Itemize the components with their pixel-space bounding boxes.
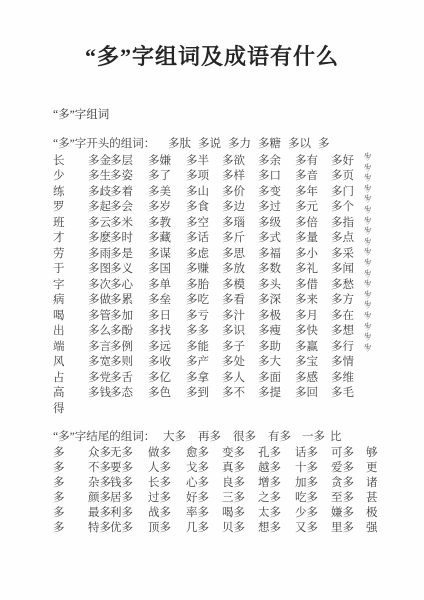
word-token: 过多	[148, 492, 171, 505]
word-token: 多深	[258, 294, 281, 307]
word-token: 多酚	[110, 325, 133, 338]
word-token: 多处	[222, 356, 245, 369]
line-lead-char: 多	[53, 522, 65, 535]
line-lead-char: 长	[53, 155, 65, 168]
word-token: 多例	[110, 341, 133, 354]
word-token: 多次	[88, 279, 111, 292]
word-token: 多宝	[295, 356, 318, 369]
word-token: 多虑	[186, 248, 209, 261]
word-token: 多能	[186, 341, 209, 354]
word-token: 贪多	[331, 477, 354, 490]
word-token: 多想	[331, 325, 354, 338]
word-token: 多毛	[331, 387, 354, 400]
word-token: 多样	[222, 170, 245, 183]
word-token: 多以	[288, 138, 311, 151]
word-token: 多量	[295, 232, 318, 245]
line-tail-char: 强	[366, 522, 378, 535]
word-token: 增多	[258, 477, 281, 490]
line-lead-char: 端	[53, 341, 65, 354]
word-token: 多起	[88, 201, 111, 214]
word-token: 再多	[198, 431, 221, 444]
word-token: 多色	[148, 387, 171, 400]
word-token: 多放	[222, 263, 245, 276]
word-token: 想多	[258, 522, 281, 535]
line-lead-char: 劳	[53, 248, 65, 261]
word-token: 多宽	[88, 356, 111, 369]
word-token: 多礼	[295, 263, 318, 276]
word-token: 多云	[88, 217, 111, 230]
word-token: 很多	[233, 431, 256, 444]
word-token: 多钱	[88, 387, 111, 400]
word-token: 利多	[110, 507, 133, 520]
word-token: 一多	[302, 431, 325, 444]
line-lead-char: 占	[53, 372, 65, 385]
word-token: 优多	[110, 522, 133, 535]
word-token: 多变	[258, 186, 281, 199]
word-token: 多年	[295, 186, 318, 199]
word-token: 多教	[148, 217, 171, 230]
word-token: 多到	[186, 387, 209, 400]
word-token: 多日	[148, 310, 171, 323]
word-token: 多赚	[186, 263, 209, 276]
word-token: 多吃	[186, 294, 209, 307]
word-token: 吃多	[295, 492, 318, 505]
word-token: 多舌	[110, 372, 133, 385]
word-token: 多行	[331, 341, 354, 354]
word-token: 少多	[295, 507, 318, 520]
word-token: 多麽	[88, 232, 111, 245]
word-token: 率多	[186, 507, 209, 520]
word-token: 之多	[258, 492, 281, 505]
word-token: 多维	[331, 372, 354, 385]
word-token: 愈多	[186, 447, 209, 460]
line-tail-char: 够	[366, 447, 378, 460]
word-token: 多边	[222, 201, 245, 214]
word-token: 多金	[88, 155, 111, 168]
word-token: 顶多	[148, 522, 171, 535]
word-token: 多快	[295, 325, 318, 338]
word-token: 多歧	[88, 186, 111, 199]
word-token: 做多	[148, 447, 171, 460]
word-token: 几多	[186, 522, 209, 535]
line-lead-char: 得	[53, 403, 65, 416]
word-token: 最多	[88, 507, 111, 520]
word-token: 多在	[331, 310, 354, 323]
section1-intro-label: “多”字开头的组词：	[53, 138, 155, 151]
word-token: 有多	[268, 431, 291, 444]
word-token: 多音	[295, 170, 318, 183]
line-lead-char: 少	[53, 170, 65, 183]
line-tail-char: 极	[366, 507, 378, 520]
word-token: 多点	[331, 232, 354, 245]
word-token: 多感	[295, 372, 318, 385]
word-token: 多来	[295, 294, 318, 307]
line-lead-char: 练	[53, 186, 65, 199]
line-tail-char: 甚	[366, 492, 378, 505]
word-token: 多指	[331, 217, 354, 230]
word-token: 多肽	[168, 138, 191, 151]
word-token: 多食	[186, 201, 209, 214]
word-token: 多嫌	[148, 155, 171, 168]
word-token: 多欲	[222, 155, 245, 168]
word-token: 不多	[88, 462, 111, 475]
word-token: 变多	[222, 447, 245, 460]
word-token: 多拿	[186, 372, 209, 385]
word-token: 里多	[331, 522, 354, 535]
word-token: 多子	[222, 341, 245, 354]
word-token: 三多	[222, 492, 245, 505]
word-token: 心多	[186, 477, 209, 490]
line-lead-char: 喝	[53, 310, 65, 323]
line-lead-char: 多	[53, 507, 65, 520]
word-token: 多数	[258, 263, 281, 276]
word-token: 多半	[186, 155, 209, 168]
word-token: 戈多	[186, 462, 209, 475]
word-token: 至多	[331, 492, 354, 505]
word-token: 多亏	[186, 310, 209, 323]
word-token: 多采	[331, 248, 354, 261]
word-token: 多页	[331, 170, 354, 183]
word-token: 多说	[198, 138, 221, 151]
word-token: 多言	[88, 341, 111, 354]
word-token: 多提	[258, 387, 281, 400]
line-lead-char: 字	[53, 279, 65, 292]
word-token: 多头	[258, 279, 281, 292]
word-token: 无多	[110, 447, 133, 460]
word-token: 话多	[295, 447, 318, 460]
word-token: 多会	[110, 201, 133, 214]
word-token: 多闻	[331, 263, 354, 276]
word-token: 多看	[222, 294, 245, 307]
word-token: 多时	[110, 232, 133, 245]
word-token: 越多	[258, 462, 281, 475]
section2-intro-label: “多”字结尾的组词：	[53, 431, 155, 444]
line-lead-char: 罗	[53, 201, 65, 214]
word-token: 爱多	[331, 462, 354, 475]
word-token: 多级	[258, 217, 281, 230]
word-token: 战多	[148, 507, 171, 520]
line-lead-char: 出	[53, 325, 65, 338]
word-token: 比	[330, 431, 342, 444]
word-token: 颜多	[88, 492, 111, 505]
word-token: 多小	[295, 248, 318, 261]
word-token: 长多	[148, 477, 171, 490]
word-token: 多话	[186, 232, 209, 245]
word-token: 多汁	[222, 310, 245, 323]
word-token: 杂多	[88, 477, 111, 490]
word-token: 贝多	[222, 522, 245, 535]
margin-duo-glyph: 多	[361, 341, 374, 355]
word-token: 多义	[110, 263, 133, 276]
word-token: 多福	[258, 248, 281, 261]
word-token: 多米	[110, 217, 133, 230]
word-token: 多有	[295, 155, 318, 168]
word-token: 钱多	[110, 477, 133, 490]
word-token: 多瘦	[258, 325, 281, 338]
word-token: 多谋	[148, 248, 171, 261]
word-token: 多价	[222, 186, 245, 199]
page-title: “多”字组词及成语有什么	[0, 40, 424, 71]
word-token: 加多	[295, 477, 318, 490]
document-page: “多”字组词及成语有什么 “多”字组词 “多”字开头的组词：多肽多说多力多糖多以…	[0, 0, 424, 600]
word-token: 多门	[331, 186, 354, 199]
line-lead-char: 多	[53, 447, 65, 460]
line-lead-char: 高	[53, 387, 65, 400]
word-token: 多党	[88, 372, 111, 385]
word-token: 多累	[110, 294, 133, 307]
word-token: 多识	[222, 325, 245, 338]
word-token: 多藏	[148, 232, 171, 245]
line-tail-char: 更	[366, 462, 378, 475]
word-token: 多元	[295, 201, 318, 214]
word-token: 多远	[148, 341, 171, 354]
word-token: 多倍	[295, 217, 318, 230]
word-token: 大多	[163, 431, 186, 444]
word-token: 多好	[331, 155, 354, 168]
word-token: 太多	[258, 507, 281, 520]
word-token: 多口	[258, 170, 281, 183]
word-token: 居多	[110, 492, 133, 505]
word-token: 多么	[88, 325, 111, 338]
word-token: 多情	[331, 356, 354, 369]
word-token: 多余	[258, 155, 281, 168]
word-token: 多助	[258, 341, 281, 354]
word-token: 多糖	[258, 138, 281, 151]
word-token: 多多	[186, 325, 209, 338]
word-token: 好多	[186, 492, 209, 505]
line-lead-char: 多	[53, 492, 65, 505]
word-token: 多极	[258, 310, 281, 323]
word-token: 多模	[222, 279, 245, 292]
word-token: 多单	[148, 279, 171, 292]
word-token: 喝多	[222, 507, 245, 520]
word-token: 多心	[110, 279, 133, 292]
word-token: 多愁	[331, 279, 354, 292]
line-tail-char: 诸	[366, 477, 378, 490]
line-lead-char: 多	[53, 462, 65, 475]
word-token: 多胎	[186, 279, 209, 292]
word-token: 多大	[258, 356, 281, 369]
word-token: 多赢	[295, 341, 318, 354]
word-token: 多了	[148, 170, 171, 183]
word-token: 孔多	[258, 447, 281, 460]
word-token: 多	[318, 138, 330, 151]
word-token: 多式	[258, 232, 281, 245]
word-token: 多产	[186, 356, 209, 369]
word-token: 多力	[228, 138, 251, 151]
word-token: 多人	[222, 372, 245, 385]
word-token: 良多	[222, 477, 245, 490]
word-token: 多借	[295, 279, 318, 292]
line-lead-char: 才	[53, 232, 65, 245]
word-token: 特多	[88, 522, 111, 535]
word-token: 十多	[295, 462, 318, 475]
word-token: 多方	[331, 294, 354, 307]
word-token: 多做	[88, 294, 111, 307]
word-token: 多个	[331, 201, 354, 214]
line-lead-char: 班	[53, 217, 65, 230]
word-token: 多雨	[88, 248, 111, 261]
word-token: 多项	[186, 170, 209, 183]
word-token: 多着	[110, 186, 133, 199]
line-lead-char: 于	[53, 263, 65, 276]
line-lead-char: 风	[53, 356, 65, 369]
word-token: 又多	[295, 522, 318, 535]
word-token: 多管	[88, 310, 111, 323]
word-token: 众多	[88, 447, 111, 460]
word-token: 多思	[222, 248, 245, 261]
word-token: 多斤	[222, 232, 245, 245]
word-token: 嫌多	[331, 507, 354, 520]
line-lead-char: 多	[53, 477, 65, 490]
word-token: 多山	[186, 186, 209, 199]
word-token: 真多	[222, 462, 245, 475]
word-token: 多是	[110, 248, 133, 261]
word-token: 多层	[110, 155, 133, 168]
word-token: 多态	[110, 387, 133, 400]
word-token: 多瑙	[222, 217, 245, 230]
word-token: 可多	[331, 447, 354, 460]
word-token: 多国	[148, 263, 171, 276]
word-token: 人多	[148, 462, 171, 475]
word-token: 多不	[222, 387, 245, 400]
word-token: 多月	[295, 310, 318, 323]
word-token: 多收	[148, 356, 171, 369]
word-token: 多图	[88, 263, 111, 276]
word-token: 多则	[110, 356, 133, 369]
word-token: 多生	[88, 170, 111, 183]
word-token: 多过	[258, 201, 281, 214]
word-token: 多加	[110, 310, 133, 323]
word-token: 多面	[258, 372, 281, 385]
word-token: 多岁	[148, 201, 171, 214]
word-token: 多找	[148, 325, 171, 338]
word-token: 多垒	[148, 294, 171, 307]
word-token: 多亿	[148, 372, 171, 385]
section1-heading: “多”字组词	[53, 109, 109, 122]
word-token: 多美	[148, 186, 171, 199]
word-token: 要多	[110, 462, 133, 475]
word-token: 多姿	[110, 170, 133, 183]
word-token: 多回	[295, 387, 318, 400]
word-token: 多空	[186, 217, 209, 230]
line-lead-char: 病	[53, 294, 65, 307]
